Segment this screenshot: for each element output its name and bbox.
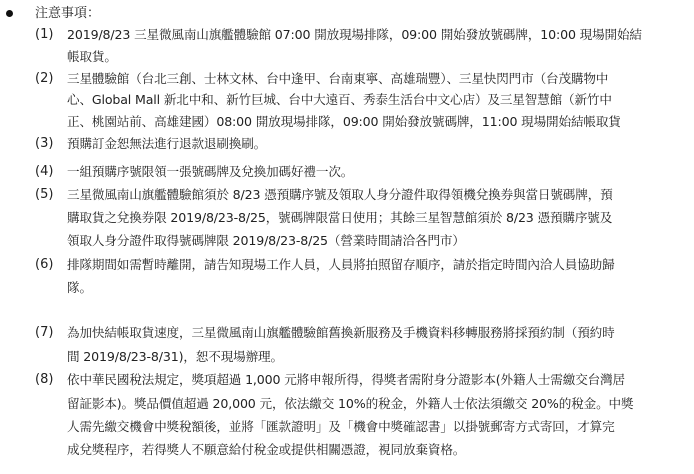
notice-heading: 注意事項： bbox=[35, 4, 100, 24]
item-text-line: 留証影本)。獎品價值超過 20,000 元，依法繳交 10%的稅金，外籍人士依法… bbox=[67, 394, 633, 414]
item-text-line: 購取貨之兌換券限 2019/8/23-8/25，號碼牌限當日使用；其餘三星智慧館… bbox=[67, 208, 612, 228]
item-text-line: 人需先繳交機會中獎稅額後，並將「匯款證明」及「機會中獎確認書」以掛號郵寄方式寄回… bbox=[67, 417, 615, 437]
item-text-line: 三星微風南山旗艦體驗館須於 8/23 憑預購序號及領取人身分證件取得領機兌換券與… bbox=[67, 185, 613, 205]
item-text-line: 依中華民國稅法規定，獎項超過 1,000 元將申報所得，得獎者需附身分證影本(外… bbox=[67, 370, 625, 390]
notice-bullet bbox=[6, 10, 13, 17]
item-number: (2) bbox=[35, 69, 53, 89]
item-text-line: 預購訂金恕無法進行退款退刷換刷。 bbox=[67, 134, 266, 154]
item-text-line: 2019/8/23 三星微風南山旗艦體驗館 07:00 開放現場排隊，09:00… bbox=[67, 25, 642, 45]
item-number: (4) bbox=[35, 162, 53, 182]
item-number: (5) bbox=[35, 185, 53, 205]
item-text-line: 正、桃園站前、高雄建國）08:00 開放現場排隊，09:00 開始發放號碼牌，1… bbox=[67, 112, 621, 132]
item-text-line: 帳取貨。 bbox=[67, 47, 117, 67]
item-text-line: 一組預購序號限領一張號碼牌及兌換加碼好禮一次。 bbox=[67, 162, 353, 182]
item-text-line: 三星體驗館（台北三創、士林文林、台中逢甲、台南東寧、高雄瑞豐）、三星快閃門市（台… bbox=[67, 69, 608, 89]
item-number: (1) bbox=[35, 25, 53, 45]
item-text-line: 為加快結帳取貨速度，三星微風南山旗艦體驗館舊換新服務及手機資料移轉服務將採預約制… bbox=[67, 323, 615, 343]
item-number: (3) bbox=[35, 134, 53, 154]
item-text-line: 間 2019/8/23-8/31)，恕不現場辦理。 bbox=[67, 347, 283, 367]
item-text-line: 心、Global Mall 新北中和、新竹巨城、台中大遠百、秀泰生活台中文心店）… bbox=[67, 90, 612, 110]
item-text-line: 領取人身分證件取得號碼牌限 2019/8/23-8/25（營業時間請洽各門市） bbox=[67, 231, 465, 251]
item-text-line: 排隊期間如需暫時離開，請告知現場工作人員，人員將拍照留存順序，請於指定時間內洽人… bbox=[67, 255, 615, 275]
item-number: (7) bbox=[35, 323, 53, 343]
item-text-line: 隊。 bbox=[67, 278, 92, 298]
item-text-line: 成兌獎程序，若得獎人不願意給付稅金或提供相關憑證，視同放棄資格。 bbox=[67, 440, 465, 460]
item-number: (8) bbox=[35, 370, 53, 390]
item-number: (6) bbox=[35, 255, 53, 275]
